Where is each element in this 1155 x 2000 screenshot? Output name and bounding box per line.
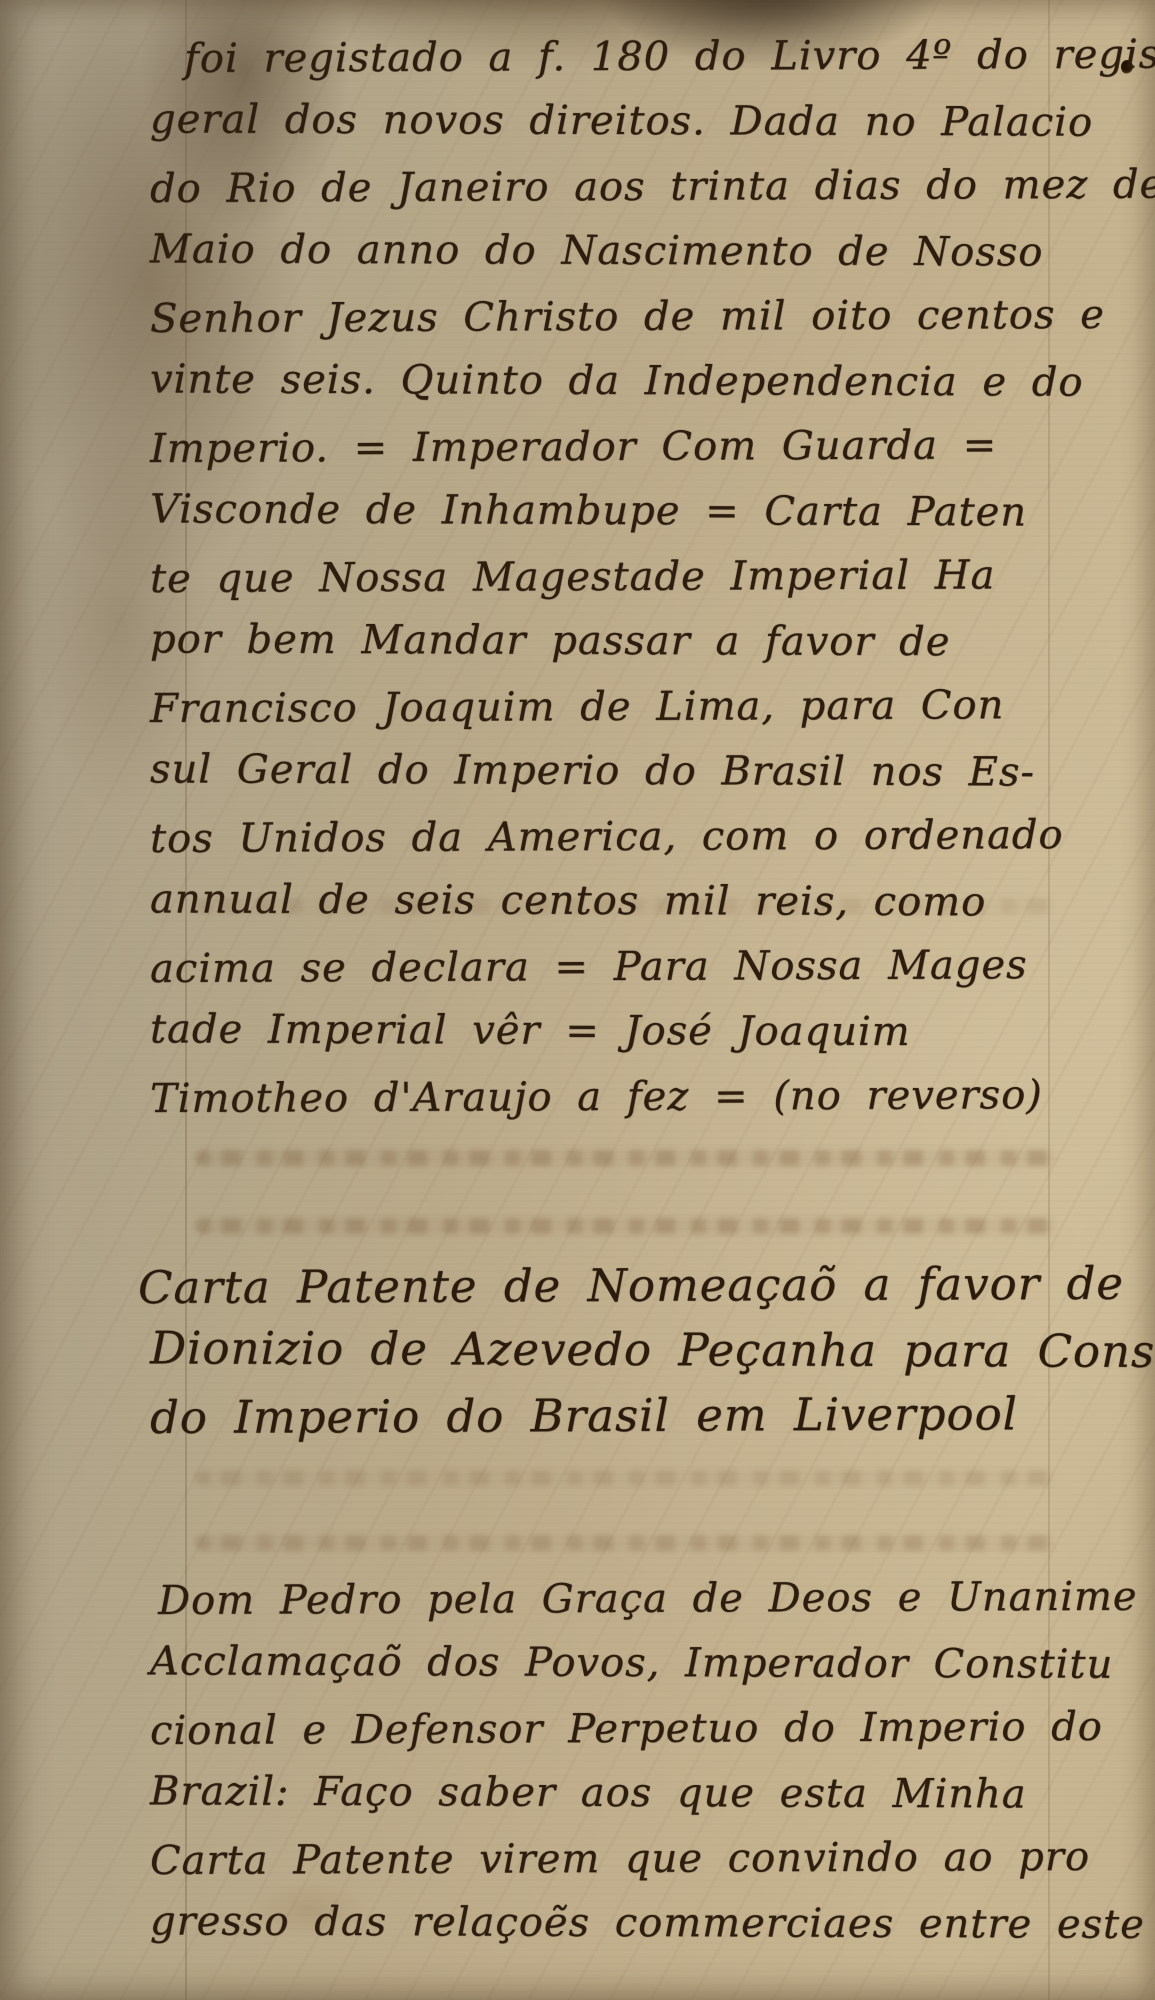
manuscript-line: do Imperio do Brasil em Liverpool: [150, 1381, 1085, 1450]
manuscript-line: acima se declara = Para Nossa Mages: [150, 933, 1085, 1002]
manuscript-line: Imperio. = Imperador Com Guarda =: [150, 413, 1085, 482]
manuscript-line: Maio do anno do Nascimento de Nosso: [150, 217, 1085, 285]
paragraph-opening-dom-pedro: Dom Pedro pela Graça de Deos e Unanime A…: [150, 1566, 1085, 1956]
manuscript-line: te que Nossa Magestade Imperial Ha: [150, 543, 1085, 612]
manuscript-line: por bem Mandar passar a favor de: [150, 607, 1085, 675]
manuscript-line: annual de seis centos mil reis, como: [150, 867, 1085, 935]
bleed-through-band: [195, 1218, 1055, 1234]
manuscript-line: Visconde de Inhambupe = Carta Paten: [150, 477, 1085, 545]
manuscript-page: foi registado a f. 180 do Livro 4º do re…: [0, 0, 1155, 2000]
manuscript-line: Timotheo d'Araujo a fez = (no reverso): [150, 1063, 1085, 1132]
manuscript-line: tade Imperial vêr = José Joaquim: [150, 997, 1085, 1065]
manuscript-line: Senhor Jezus Christo de mil oito centos …: [150, 283, 1085, 352]
manuscript-line: Carta Patente virem que convindo ao pro: [150, 1825, 1085, 1894]
manuscript-line: vinte seis. Quinto da Independencia e do: [150, 347, 1085, 415]
manuscript-line: sul Geral do Imperio do Brasil nos Es-: [150, 737, 1085, 805]
manuscript-line: cional e Defensor Perpetuo do Imperio do: [150, 1695, 1085, 1764]
manuscript-line: tos Unidos da America, com o ordenado: [150, 803, 1085, 872]
manuscript-line: gresso das relaçoẽs commerciaes entre es…: [150, 1889, 1085, 1957]
manuscript-line: Dionizio de Azevedo Peçanha para Consul: [150, 1315, 1085, 1383]
bleed-through-band: [195, 1535, 1055, 1551]
manuscript-line: Acclamaçaõ dos Povos, Imperador Constitu: [150, 1629, 1085, 1697]
paragraph-registration-closing: foi registado a f. 180 do Livro 4º do re…: [150, 24, 1085, 1129]
manuscript-line: foi registado a f. 180 do Livro 4º do re…: [150, 23, 1085, 92]
paragraph-heading-carta-patente: Carta Patente de Nomeaçaõ a favor de Dio…: [150, 1252, 1085, 1447]
bleed-through-band: [195, 1470, 1055, 1486]
manuscript-line: do Rio de Janeiro aos trinta dias do mez…: [150, 153, 1085, 222]
manuscript-line: Brazil: Faço saber aos que esta Minha: [150, 1759, 1085, 1827]
manuscript-line: Francisco Joaquim de Lima, para Con: [150, 673, 1085, 742]
manuscript-line: Dom Pedro pela Graça de Deos e Unanime: [150, 1565, 1085, 1634]
manuscript-line: geral dos novos direitos. Dada no Palaci…: [150, 87, 1085, 155]
bleed-through-band: [195, 1150, 1055, 1166]
manuscript-line: Carta Patente de Nomeaçaõ a favor de: [138, 1251, 1085, 1320]
